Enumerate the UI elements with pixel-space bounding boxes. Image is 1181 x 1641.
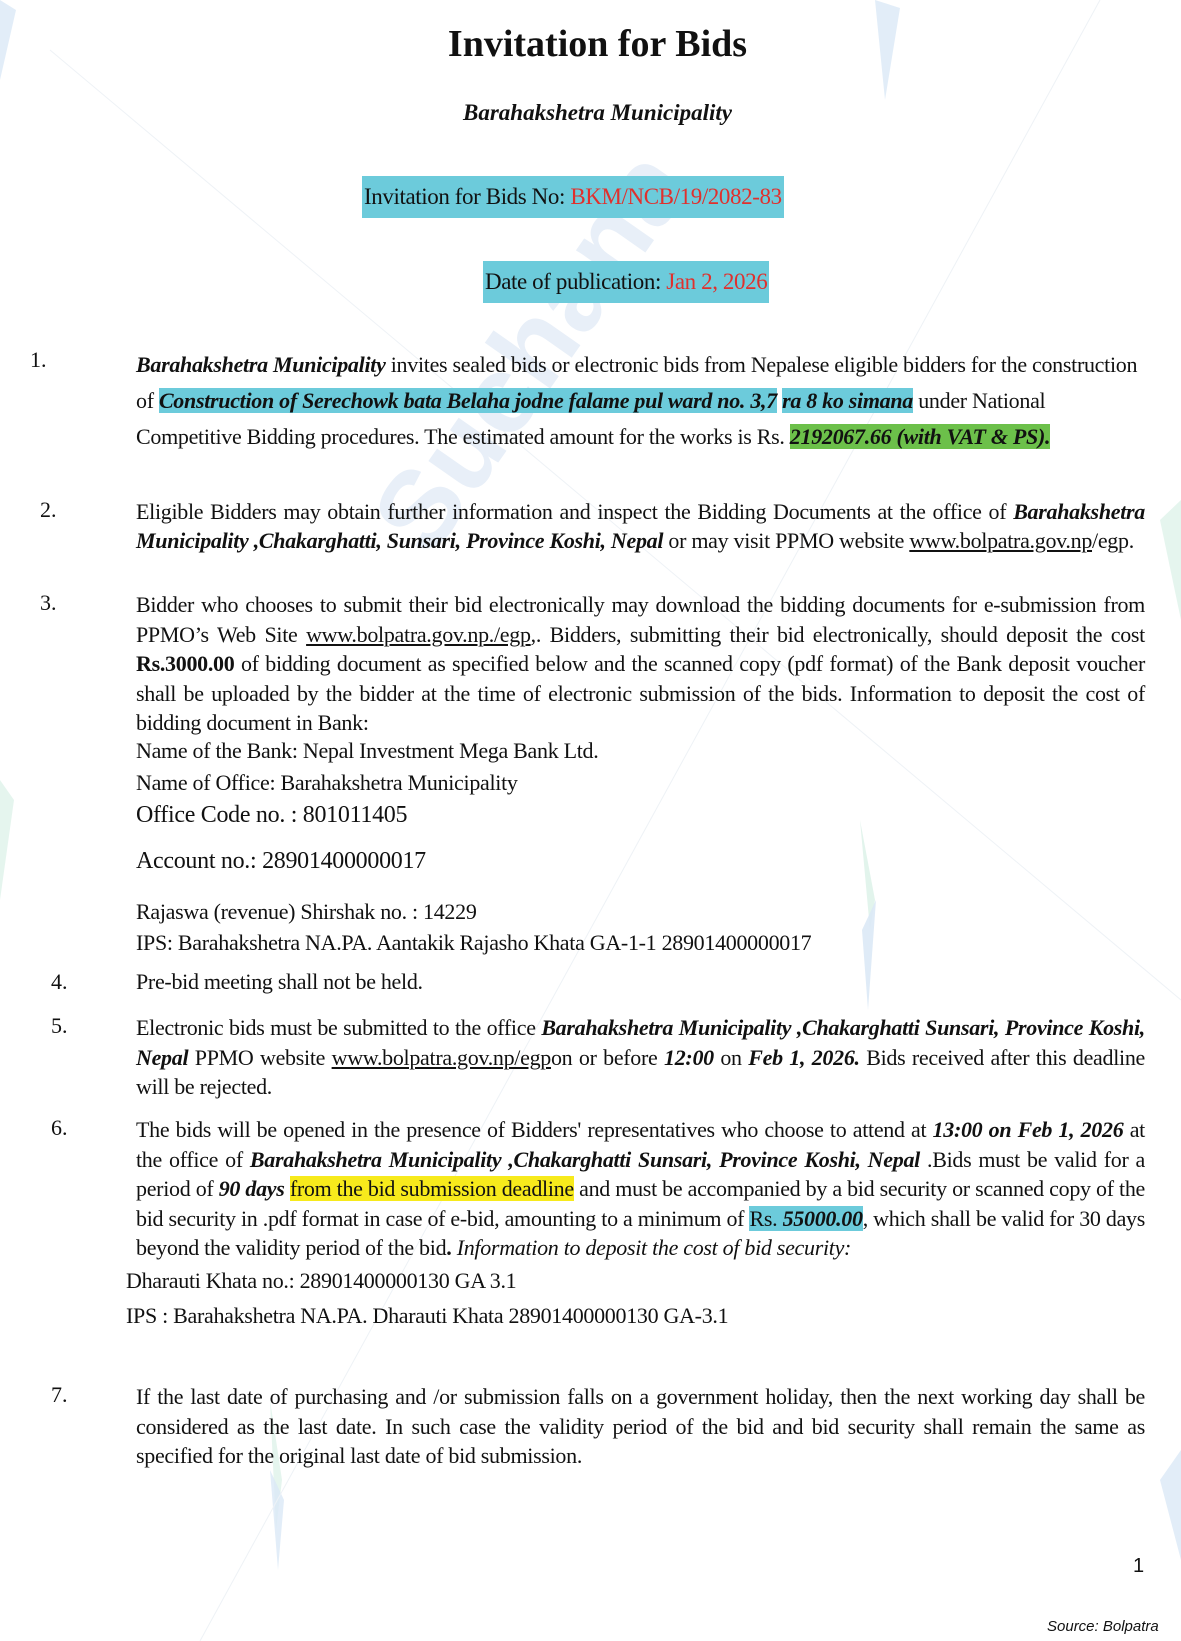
security-info-heading: Information to deposit the cost of bid s… <box>457 1235 851 1260</box>
text: or may visit PPMO website <box>663 528 909 553</box>
ips-revenue: IPS: Barahakshetra NA.PA. Aantakik Rajas… <box>136 930 811 956</box>
item-number: 3. <box>40 590 57 616</box>
text: Electronic bids must be submitted to the… <box>136 1015 541 1040</box>
item-prebid: Pre-bid meeting shall not be held. <box>136 969 423 995</box>
opening-datetime: 13:00 on Feb 1, 2026 <box>933 1117 1124 1142</box>
item-number: 5. <box>51 1013 68 1039</box>
item-invitation: Barahakshetra Municipality invites seale… <box>136 347 1145 455</box>
ifb-number-value: BKM/NCB/19/2082-83 <box>570 184 781 209</box>
bolpatra-egp-link[interactable]: www.bolpatra.gov.np/egp <box>332 1045 551 1070</box>
account-number: Account no.: 28901400000017 <box>136 848 426 875</box>
text: of bidding document as specified below a… <box>136 651 1145 735</box>
office-address: Barahakshetra Municipality ,Chakarghatti… <box>250 1147 920 1172</box>
validity-days: 90 days <box>219 1176 285 1201</box>
dharauti-account: Dharauti Khata no.: 28901400000130 GA 3.… <box>126 1268 516 1294</box>
document-cost: Rs.3000.00 <box>136 651 234 676</box>
currency: Rs. <box>749 1206 782 1231</box>
project-name: Construction of Serechowk bata Belaha jo… <box>159 388 777 413</box>
page-title: Invitation for Bids <box>0 22 1181 66</box>
bid-security-amount: Rs. 55000.00 <box>749 1206 862 1231</box>
office-name: Name of Office: Barahakshetra Municipali… <box>136 770 518 796</box>
item-number: 7. <box>51 1382 68 1408</box>
ips-dharauti: IPS : Barahakshetra NA.PA. Dharauti Khat… <box>126 1303 728 1329</box>
bolpatra-link[interactable]: www.bolpatra.gov.np <box>909 528 1092 553</box>
text: /egp. <box>1092 528 1134 553</box>
text: Eligible Bidders may obtain further info… <box>136 499 1013 524</box>
item-submission-deadline: Electronic bids must be submitted to the… <box>136 1013 1145 1102</box>
office-code: Office Code no. : 801011405 <box>136 802 407 829</box>
page-number: 1 <box>1133 1555 1144 1578</box>
item-e-submission: Bidder who chooses to submit their bid e… <box>136 590 1145 738</box>
text: PPMO website <box>188 1045 331 1070</box>
text: on <box>714 1045 748 1070</box>
item-number: 4. <box>51 969 68 995</box>
bank-name: Name of the Bank: Nepal Investment Mega … <box>136 738 598 764</box>
ifb-number-box: Invitation for Bids No: BKM/NCB/19/2082-… <box>362 176 784 218</box>
project-name-cont: ra 8 ko simana <box>782 388 913 413</box>
deadline-time: 12:00 <box>664 1045 714 1070</box>
issuer-ref: Barahakshetra Municipality <box>136 352 386 377</box>
estimated-amount: 2192067.66 (with VAT & PS). <box>790 424 1050 449</box>
item-number: 6. <box>51 1115 68 1141</box>
publication-date-box: Date of publication: Jan 2, 2026 <box>483 261 769 303</box>
validity-reference: from the bid submission deadline <box>290 1176 574 1201</box>
deadline-date: Feb 1, 2026. <box>748 1045 859 1070</box>
text: ,. Bidders, submitting their bid electro… <box>531 622 1145 647</box>
text: The bids will be opened in the presence … <box>136 1117 933 1142</box>
bolpatra-egp-link[interactable]: www.bolpatra.gov.np./egp <box>306 622 531 647</box>
bid-notice-page: Invitation for Bids Barahakshetra Munici… <box>0 0 1181 1641</box>
issuer-name: Barahakshetra Municipality <box>0 100 1181 126</box>
item-bid-opening: The bids will be opened in the presence … <box>136 1115 1145 1263</box>
revenue-heading: Rajaswa (revenue) Shirshak no. : 14229 <box>136 899 477 925</box>
item-number: 2. <box>40 497 57 523</box>
ifb-number-label: Invitation for Bids No: <box>364 184 570 209</box>
source-credit: Source: Bolpatra <box>1047 1618 1159 1635</box>
security-value: 55000.00 <box>783 1206 863 1231</box>
item-holiday-clause: If the last date of purchasing and /or s… <box>136 1382 1145 1471</box>
publication-date-label: Date of publication: <box>485 269 666 294</box>
text: . <box>446 1235 456 1260</box>
publication-date-value: Jan 2, 2026 <box>666 269 767 294</box>
text: on or before <box>551 1045 664 1070</box>
item-number: 1. <box>30 347 47 373</box>
item-documents-info: Eligible Bidders may obtain further info… <box>136 497 1145 555</box>
